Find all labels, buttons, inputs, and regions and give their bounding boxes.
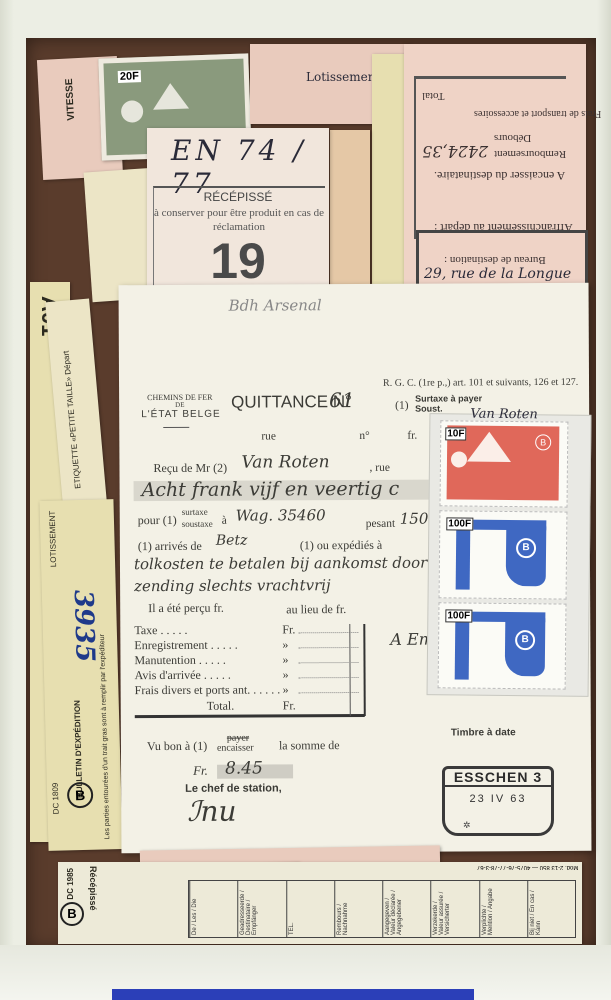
bottom-form-columns: De / Les / DieGeadresseerde / Destinatai… xyxy=(188,880,576,938)
fee-label: Manutention . . . . . xyxy=(134,653,225,667)
fee-row: Manutention . . . . .» xyxy=(134,652,364,668)
surtaxe-label: Surtaxe à payer xyxy=(415,393,482,403)
railway-stamps-block: Van Roten B 10F B 100F B 100F xyxy=(427,413,592,697)
blue-tape-strip xyxy=(112,989,474,1000)
lotissement-label: Lotissement xyxy=(306,70,380,84)
regulation-text: R. G. C. (1re p.,) art. 101 et suivants,… xyxy=(383,377,578,389)
fee-label: Taxe . . . . . xyxy=(134,623,187,637)
total-unit: Fr. xyxy=(283,698,296,713)
stamp-100f-b: B 100F xyxy=(438,602,567,689)
rue2-label: , rue xyxy=(369,462,390,474)
fr-amount-label: Fr. xyxy=(193,763,208,779)
fee-unit: » xyxy=(283,667,289,682)
slip-line-remboursement: Remboursement xyxy=(494,148,566,160)
form-column: Verzekerde / Valeur assurée / Versichert… xyxy=(430,881,478,937)
postmark-station: ESSCHEN 3 xyxy=(445,769,551,787)
note-line1: tolkosten te betalen bij aankomst door b… xyxy=(134,554,447,574)
vu-bon-label: Vu bon à (1) xyxy=(147,739,207,754)
rue-label: rue xyxy=(261,430,276,442)
sun-icon xyxy=(451,451,467,467)
stamp-value: 100F xyxy=(445,609,472,622)
stamp-100f-a: B 100F xyxy=(439,510,568,599)
recepisse-slip: EN 74 / 77 RÉCÉPISSÉ à conserver pour êt… xyxy=(147,128,329,288)
soustaxe-small: soustaxe xyxy=(182,519,213,529)
slip-line-encaisser: A encaisser du destinataire. xyxy=(434,168,565,183)
bulletin-footer: Les parties entourées d'un trait gras so… xyxy=(97,559,111,839)
recepisse-subtitle: à conserver pour être produit en cas de … xyxy=(153,206,325,234)
sncb-logo-icon: B xyxy=(60,902,84,926)
expedies-label: (1) ou expédiés à xyxy=(300,538,382,553)
slip-line-total: Total xyxy=(422,90,444,102)
slip-line-frais: Frais de transport et accessoires xyxy=(474,108,601,119)
publisher-line3: L'ÉTAT BELGE xyxy=(141,409,221,420)
fees-table-bottom-rule xyxy=(135,714,365,718)
brown-slip-stack xyxy=(330,130,370,290)
roof-shape xyxy=(152,83,189,110)
fee-row: Taxe . . . . .Fr. xyxy=(134,622,364,638)
lotissement-text: LOTISSEMENT xyxy=(48,511,58,568)
fee-label: Avis d'arrivée . . . . . xyxy=(135,668,231,683)
fee-unit: Fr. xyxy=(282,622,295,637)
postmark-date: 23 IV 63 xyxy=(445,793,551,805)
fee-row: Frais divers et ports ant. . . . . .» xyxy=(135,682,365,698)
surtaxe-small: surtaxe xyxy=(182,507,208,517)
fee-unit: » xyxy=(282,637,288,652)
bottom-form-slip: DC 1985 B Récépissé De / Les / DieGeadre… xyxy=(58,862,582,944)
fee-row: Enregistrement . . . . .» xyxy=(134,637,364,653)
fee-label: Enregistrement . . . . . xyxy=(134,638,237,653)
fr-label: fr. xyxy=(407,430,417,442)
recu-label: Reçu de Mr (2) xyxy=(153,461,227,476)
fee-row: Avis d'arrivée . . . . .» xyxy=(135,667,365,683)
au-lieu-label: au lieu de fr. xyxy=(286,602,346,617)
fr-amount-value: 8.45 xyxy=(225,758,263,778)
church-roof-icon xyxy=(467,432,511,462)
form-column: Bij niet / En cas / Kann xyxy=(527,881,575,937)
total-label: Total. xyxy=(207,699,235,714)
bulletin-expedition-slip: LOTISSEMENT 3935 BULLETIN D'EXPÉDITION B… xyxy=(39,499,122,851)
fee-label: Frais divers et ports ant. . . . . . xyxy=(135,682,281,697)
publisher-line2: DE xyxy=(175,401,184,409)
slip-handwritten-address: 29, rue de la Longue xyxy=(424,266,571,282)
publisher-rule xyxy=(163,427,189,428)
recepisse-number: 19 xyxy=(147,232,329,290)
sncb-logo-icon: B xyxy=(67,782,94,809)
wagon-value: Wag. 35460 xyxy=(236,506,326,524)
form-column: Rembours / Nachnahme xyxy=(334,881,382,937)
form-column: De / Les / Die xyxy=(189,881,237,937)
arrives-label: (1) arrivés de xyxy=(138,539,202,554)
sncb-logo-icon: B xyxy=(535,434,551,450)
percu-label: Il a été perçu fr. xyxy=(148,601,224,616)
bottom-recepisse-label: Récépissé xyxy=(88,866,98,911)
dc-code: DC 1809 xyxy=(51,783,61,815)
slip-line-bureau: Bureau de destination : xyxy=(444,254,546,266)
chef-signature: ℐnu xyxy=(187,795,236,828)
encaisser-label: encaisser xyxy=(217,743,254,754)
recu-value: Van Roten xyxy=(241,452,329,472)
fees-table-right-rule xyxy=(363,624,365,716)
form-column: Aangegeven / Valeur déclarée / Angegeben… xyxy=(382,881,430,937)
form-column: TEL. xyxy=(286,881,334,937)
vitesse-label: VITESSE xyxy=(64,78,77,121)
date-postmark: ESSCHEN 3 23 IV 63 ✲ xyxy=(442,766,554,836)
etiquette-label: ETIQUETTE «PETITE TAILLE» Départ xyxy=(62,350,83,489)
sun-shape xyxy=(121,100,144,123)
slip-handwritten-amount: 2424,35 xyxy=(422,142,488,161)
fee-unit: » xyxy=(283,682,289,697)
pencil-note: Bdh Arsenal xyxy=(229,296,322,314)
right-pink-slip: Total Frais de transport et accessoires … xyxy=(404,44,586,290)
slip-line-debours: Débours xyxy=(494,132,531,144)
stamp-value: 100F xyxy=(446,517,473,530)
form-column: Geadresseerde / Destinataire / Empfänger xyxy=(237,881,285,937)
recepisse-title: RÉCÉPISSÉ xyxy=(147,190,329,204)
chef-label: Le chef de station, xyxy=(185,782,282,795)
sncb-logo-icon: B xyxy=(515,630,535,650)
bottom-print-code: Mod. 2-13 850 — 4075-76-77-78-3-67 xyxy=(477,864,578,870)
surtaxe-marker: (1) xyxy=(395,400,408,412)
handwritten-blue-number: 3935 xyxy=(68,590,100,663)
somme-label: la somme de xyxy=(279,738,340,753)
green-stamp-value: 20F xyxy=(118,70,141,83)
note-line2: zending slechts vrachtvrij xyxy=(134,576,331,595)
arrives-value: Betz xyxy=(216,533,248,549)
pesant-label: pesant xyxy=(366,518,395,530)
pour-label: pour (1) xyxy=(138,513,177,528)
amount-words: Acht frank vijf en veertig c xyxy=(142,478,400,501)
sncb-logo-icon: B xyxy=(516,538,536,558)
stamp-10f: B 10F xyxy=(440,420,569,507)
no-label: n° xyxy=(359,430,369,442)
quittance-number: 61 xyxy=(329,388,355,412)
postmark-star-icon: ✲ xyxy=(463,820,471,831)
a-label: à xyxy=(222,515,227,527)
bottom-dc-code: DC 1985 xyxy=(66,868,75,900)
timbre-label: Timbre à date xyxy=(451,727,516,738)
form-column: Verplichte / Mention / Angabe xyxy=(479,881,527,937)
fee-unit: » xyxy=(282,652,288,667)
stamp-value: 10F xyxy=(445,427,466,440)
